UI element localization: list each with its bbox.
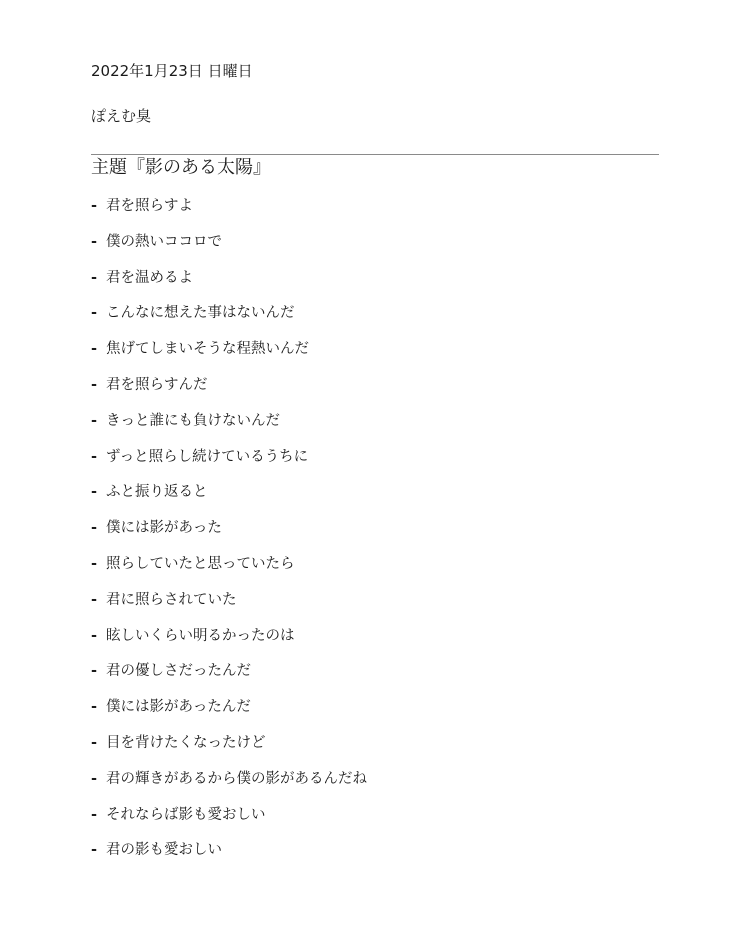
poem-line: それならば影も愛おしい xyxy=(106,805,266,825)
list-item: -僕の熱いココロで xyxy=(91,232,367,268)
poem-line: 眩しいくらい明るかったのは xyxy=(106,626,295,646)
poem-line: 僕の熱いココロで xyxy=(106,232,222,252)
dash-bullet-icon: - xyxy=(91,196,106,216)
poem-line: きっと誰にも負けないんだ xyxy=(106,411,280,431)
dash-bullet-icon: - xyxy=(91,447,106,467)
list-item: -眩しいくらい明るかったのは xyxy=(91,626,367,662)
poem-line: 目を背けたくなったけど xyxy=(106,733,266,753)
poem-line: 君の影も愛おしい xyxy=(106,840,222,860)
list-item: -君を温めるよ xyxy=(91,268,367,304)
poem-line: ふと振り返ると xyxy=(106,482,208,502)
list-item: -それならば影も愛おしい xyxy=(91,805,367,841)
dash-bullet-icon: - xyxy=(91,303,106,323)
dash-bullet-icon: - xyxy=(91,518,106,538)
list-item: -君の影も愛おしい xyxy=(91,840,367,876)
dash-bullet-icon: - xyxy=(91,375,106,395)
poem-lines-list: -君を照らすよ -僕の熱いココロで -君を温めるよ -こんなに想えた事はないんだ… xyxy=(91,196,367,876)
dash-bullet-icon: - xyxy=(91,769,106,789)
dash-bullet-icon: - xyxy=(91,840,106,860)
poem-line: 君を温めるよ xyxy=(106,268,193,288)
list-item: -ふと振り返ると xyxy=(91,482,367,518)
poem-line: 君を照らすんだ xyxy=(106,375,208,395)
poem-line: 焦げてしまいそうな程熱いんだ xyxy=(106,339,309,359)
dash-bullet-icon: - xyxy=(91,805,106,825)
dash-bullet-icon: - xyxy=(91,733,106,753)
list-item: -僕には影があった xyxy=(91,518,367,554)
list-item: -目を背けたくなったけど xyxy=(91,733,367,769)
dash-bullet-icon: - xyxy=(91,554,106,574)
horizontal-divider xyxy=(91,154,659,155)
dash-bullet-icon: - xyxy=(91,339,106,359)
poem-line: 君に照らされていた xyxy=(106,590,237,610)
list-item: -照らしていたと思っていたら xyxy=(91,554,367,590)
poem-line: 君の輝きがあるから僕の影があるんだね xyxy=(106,769,367,789)
list-item: -ずっと照らし続けているうちに xyxy=(91,447,367,483)
dash-bullet-icon: - xyxy=(91,697,106,717)
dash-bullet-icon: - xyxy=(91,411,106,431)
author-name: ぽえむ臭 xyxy=(91,106,151,126)
list-item: -こんなに想えた事はないんだ xyxy=(91,303,367,339)
list-item: -君に照らされていた xyxy=(91,590,367,626)
dash-bullet-icon: - xyxy=(91,232,106,252)
poem-line: ずっと照らし続けているうちに xyxy=(106,447,308,467)
poem-line: 僕には影があった xyxy=(106,518,222,538)
list-item: -きっと誰にも負けないんだ xyxy=(91,411,367,447)
dash-bullet-icon: - xyxy=(91,590,106,610)
list-item: -君を照らすんだ xyxy=(91,375,367,411)
list-item: -焦げてしまいそうな程熱いんだ xyxy=(91,339,367,375)
date-line: 2022年1月23日 日曜日 xyxy=(91,61,253,81)
poem-line: 君の優しさだったんだ xyxy=(106,661,251,681)
dash-bullet-icon: - xyxy=(91,268,106,288)
list-item: -君を照らすよ xyxy=(91,196,367,232)
poem-line: 照らしていたと思っていたら xyxy=(106,554,295,574)
dash-bullet-icon: - xyxy=(91,626,106,646)
dash-bullet-icon: - xyxy=(91,661,106,681)
poem-line: 僕には影があったんだ xyxy=(106,697,251,717)
poem-line: 君を照らすよ xyxy=(106,196,193,216)
list-item: -僕には影があったんだ xyxy=(91,697,367,733)
poem-title: 主題『影のある太陽』 xyxy=(91,156,271,180)
list-item: -君の輝きがあるから僕の影があるんだね xyxy=(91,769,367,805)
dash-bullet-icon: - xyxy=(91,482,106,502)
list-item: -君の優しさだったんだ xyxy=(91,661,367,697)
poem-line: こんなに想えた事はないんだ xyxy=(106,303,295,323)
